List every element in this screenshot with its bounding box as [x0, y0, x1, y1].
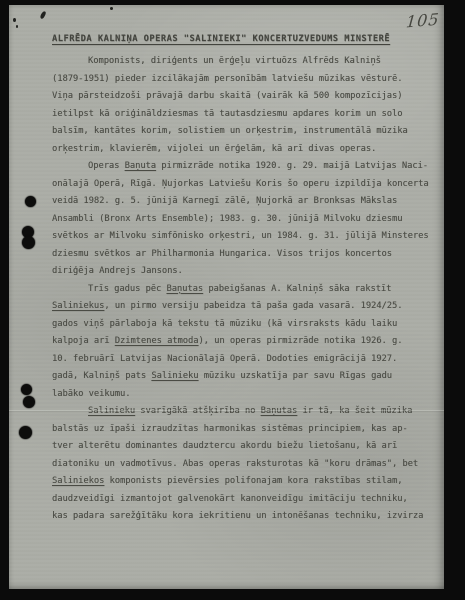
text-segment: ), un operas pirmizrāde notika 1926. g. [198, 336, 402, 346]
text-segment: diatoniku un vadmotīvus. Abas operas rak… [52, 459, 418, 469]
underlined-text: Baņutas [166, 284, 203, 294]
ink-dot [25, 196, 36, 207]
text-line: Salinieku svarīgākā atšķirība no Baņutas… [52, 403, 448, 421]
text-segment: veidā 1982. g. 5. jūnijā Karnegī zālē, Ņ… [52, 196, 397, 206]
text-segment: labāko veikumu. [52, 389, 130, 399]
text-line: balsīm, kantātes korim, solistiem un orķ… [52, 123, 448, 141]
text-segment: (1879-1951) pieder izcilākajām personībā… [52, 74, 402, 84]
text-segment: svarīgākā atšķirība no [135, 406, 261, 416]
text-line: Saliniekus, un pirmo versiju pabeidza tā… [52, 298, 448, 316]
text-line: Komponists, diriģents un ērģeļu virtuōzs… [52, 53, 448, 71]
text-line: diriģēja Andrejs Jansons. [52, 263, 448, 281]
text-line: veidā 1982. g. 5. jūnijā Karnegī zālē, Ņ… [52, 193, 448, 211]
text-line: Viņa pārsteidzoši prāvajā darbu skaitā (… [52, 88, 448, 106]
text-segment: kas padara sarežģītāku kora iekritienu u… [52, 511, 423, 521]
ink-speck [39, 11, 46, 20]
underlined-text: Dzimtenes atmoda [115, 336, 199, 346]
text-segment: orķestrim, klavierēm, vijolei un ērģelām… [52, 144, 376, 154]
underlined-text: Baņutas [261, 406, 298, 416]
text-line: svētkos ar Milvoku simfōnisko orķestri, … [52, 228, 448, 246]
scanned-page: 105 ALFRĒDA KALNIŅA OPERAS "SALINIEKI" K… [0, 0, 465, 600]
text-line: kas padara sarežģītāku kora iekritienu u… [52, 508, 448, 526]
text-segment: pabeigšanas A. Kalniņš sāka rakstīt [203, 284, 391, 294]
text-segment: 10. februārī Latvijas Nacionālajā Operā.… [52, 354, 397, 364]
ink-speck [16, 25, 18, 28]
text-segment: onālajā Operā, Rīgā. Ņujorkas Latviešu K… [52, 179, 429, 189]
text-segment: daudzveidīgi izmantojot galvenokārt kano… [52, 494, 408, 504]
text-line: Trīs gadus pēc Baņutas pabeigšanas A. Ka… [52, 281, 448, 299]
text-segment: gadā, Kalniņš pats [52, 371, 151, 381]
text-line: ietilpst kā oriģināldziesmas tā tautasdz… [52, 106, 448, 124]
text-segment: svētkos ar Milvoku simfōnisko orķestri, … [52, 231, 429, 241]
ink-dot [23, 396, 35, 408]
paper-sheet: 105 ALFRĒDA KALNIŅA OPERAS "SALINIEKI" K… [9, 5, 444, 589]
text-segment: Ansambli (Bronx Arts Ensemble); 1983. g.… [52, 214, 402, 224]
text-segment: Komponists, diriģents un ērģeļu virtuōzs… [88, 56, 381, 66]
fold-crease [9, 410, 444, 411]
underlined-text: Salinieku [88, 406, 135, 416]
text-line: balstās uz īpaši izraudzītas harmonikas … [52, 421, 448, 439]
text-line: onālajā Operā, Rīgā. Ņujorkas Latviešu K… [52, 176, 448, 194]
underlined-text: Saliniekus [52, 301, 104, 311]
text-segment: tver alterētu dominantes daudztercu akor… [52, 441, 397, 451]
text-line: Saliniekos komponists pievērsies polifon… [52, 473, 448, 491]
text-line: (1879-1951) pieder izcilākajām personībā… [52, 71, 448, 89]
ink-dot [19, 426, 32, 439]
underlined-text: Baņuta [125, 161, 156, 171]
ink-speck [110, 7, 113, 10]
typewritten-text: Komponists, diriģents un ērģeļu virtuōzs… [52, 53, 448, 526]
text-line: tver alterētu dominantes daudztercu akor… [52, 438, 448, 456]
text-line: diatoniku un vadmotīvus. Abas operas rak… [52, 456, 448, 474]
text-line: gados viņš pārlaboja kā tekstu tā mūziku… [52, 316, 448, 334]
text-line: labāko veikumu. [52, 386, 448, 404]
ink-speck [13, 18, 16, 22]
text-segment: Trīs gadus pēc [88, 284, 166, 294]
text-line: Ansambli (Bronx Arts Ensemble); 1983. g.… [52, 211, 448, 229]
text-segment: ir tā, ka šeit mūzika [297, 406, 412, 416]
underlined-text: Salinieku [151, 371, 198, 381]
text-segment: ietilpst kā oriģināldziesmas tā tautasdz… [52, 109, 402, 119]
ink-dot [21, 384, 32, 395]
text-line: Operas Baņuta pirmizrāde notika 1920. g.… [52, 158, 448, 176]
handwritten-page-number: 105 [405, 9, 440, 31]
text-line: gadā, Kalniņš pats Salinieku mūziku uzsk… [52, 368, 448, 386]
text-line: orķestrim, klavierēm, vijolei un ērģelām… [52, 141, 448, 159]
text-segment: dziesmu svētkos ar Philharmonia Hungaric… [52, 249, 392, 259]
text-segment: komponists pievērsies polifonajam kora r… [104, 476, 402, 486]
text-segment: gados viņš pārlaboja kā tekstu tā mūziku… [52, 319, 397, 329]
text-line: dziesmu svētkos ar Philharmonia Hungaric… [52, 246, 448, 264]
text-line: kalpoja arī Dzimtenes atmoda), un operas… [52, 333, 448, 351]
text-segment: Operas [88, 161, 125, 171]
text-segment: , un pirmo versiju pabeidza tā paša gada… [104, 301, 402, 311]
text-line: 10. februārī Latvijas Nacionālajā Operā.… [52, 351, 448, 369]
ink-dot [22, 236, 35, 249]
text-segment: pirmizrāde notika 1920. g. 29. maijā Lat… [156, 161, 428, 171]
document-title: ALFRĒDA KALNIŅA OPERAS "SALINIEKI" KONCE… [52, 34, 390, 44]
text-segment: mūziku uzskatīja par savu Rīgas gadu [198, 371, 392, 381]
text-segment: balsīm, kantātes korim, solistiem un orķ… [52, 126, 408, 136]
text-segment: kalpoja arī [52, 336, 115, 346]
underlined-text: Saliniekos [52, 476, 104, 486]
text-segment: diriģēja Andrejs Jansons. [52, 266, 183, 276]
text-segment: Viņa pārsteidzoši prāvajā darbu skaitā (… [52, 91, 402, 101]
text-segment: balstās uz īpaši izraudzītas harmonikas … [52, 424, 408, 434]
text-line: daudzveidīgi izmantojot galvenokārt kano… [52, 491, 448, 509]
